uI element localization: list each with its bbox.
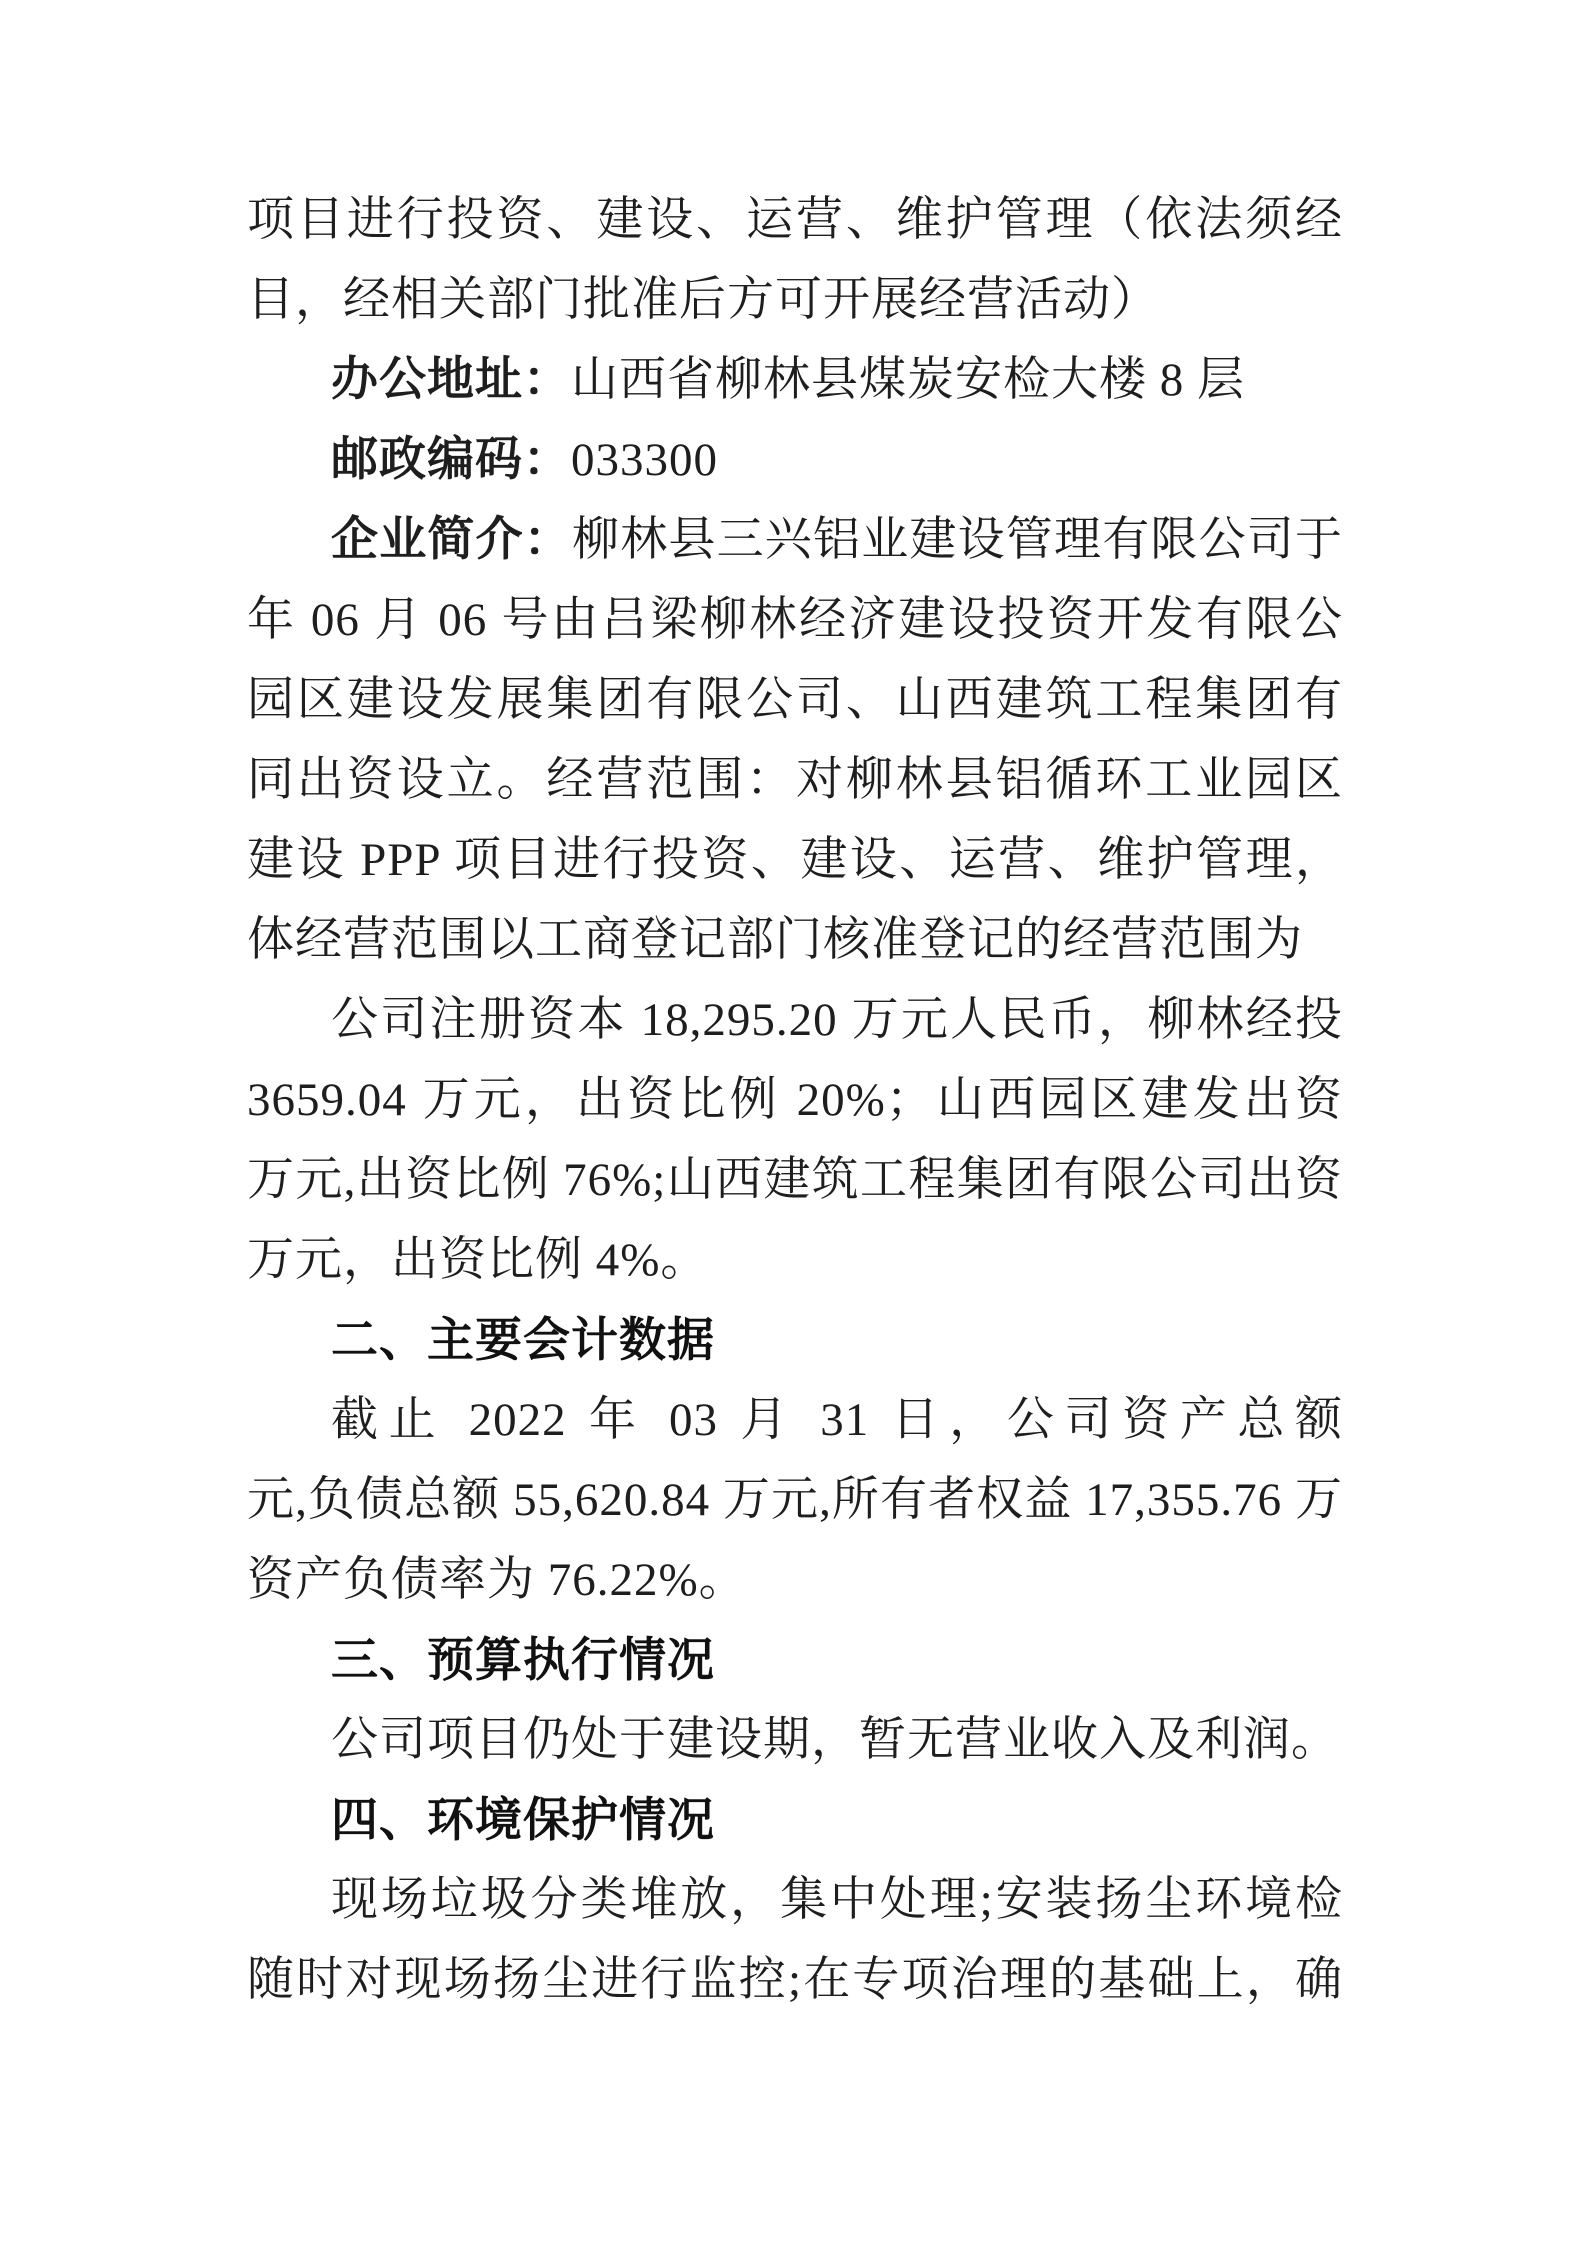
text-line: 建设 PPP 项目进行投资、建设、运营、维护管理，公司的具 xyxy=(247,820,1343,900)
field-value: 山西省柳林县煤炭安检大楼 8 层 xyxy=(571,354,1245,406)
field-label: 办公地址： xyxy=(331,354,571,406)
document-body: 项目进行投资、建设、运营、维护管理（依法须经批准的项目，经相关部门批准后方可开展… xyxy=(247,180,1343,2020)
text-line: 企业简介：柳林县三兴铝业建设管理有限公司于 2018 xyxy=(247,500,1343,580)
text-line: 同出资设立。经营范围：对柳林县铝循环工业园区基础设施 xyxy=(247,740,1343,820)
field-label: 邮政编码： xyxy=(331,434,571,486)
text-line: 元,负债总额 55,620.84 万元,所有者权益 17,355.76 万元, xyxy=(247,1460,1343,1540)
section-heading: 二、主要会计数据 xyxy=(247,1300,1343,1380)
text-line: 目，经相关部门批准后方可开展经营活动） xyxy=(247,260,1343,340)
field-value: 033300 xyxy=(571,434,718,486)
text-line: 项目进行投资、建设、运营、维护管理（依法须经批准的项 xyxy=(247,180,1343,260)
text-line: 万元，出资比例 4%。 xyxy=(247,1220,1343,1300)
text-line: 随时对现场扬尘进行监控;在专项治理的基础上，确保所有 xyxy=(247,1940,1343,2020)
text-line: 办公地址：山西省柳林县煤炭安检大楼 8 层 xyxy=(247,340,1343,420)
text-line: 万元,出资比例 76%;山西建筑工程集团有限公司出资 731.81 xyxy=(247,1140,1343,1220)
text-line: 公司注册资本 18,295.20 万元人民币，柳林经投出资 xyxy=(247,980,1343,1060)
text-line: 园区建设发展集团有限公司、山西建筑工程集团有限公司共 xyxy=(247,660,1343,740)
text-line: 公司项目仍处于建设期，暂无营业收入及利润。 xyxy=(247,1700,1343,1780)
text-line: 年 06 月 06 号由吕梁柳林经济建设投资开发有限公司与山西 xyxy=(247,580,1343,660)
text-line: 3659.04 万元，出资比例 20%；山西园区建发出资 13904.35 xyxy=(247,1060,1343,1140)
text-line: 截止 2022 年 03 月 31 日，公司资产总额 72,976.60 万 xyxy=(247,1380,1343,1460)
text-line: 体经营范围以工商登记部门核准登记的经营范围为准。 xyxy=(247,900,1343,980)
section-heading: 三、预算执行情况 xyxy=(247,1620,1343,1700)
section-heading: 四、环境保护情况 xyxy=(247,1780,1343,1860)
field-label: 企业简介： xyxy=(331,514,572,566)
text-line: 邮政编码：033300 xyxy=(247,420,1343,500)
text-line: 现场垃圾分类堆放，集中处理;安装扬尘环境检测系统， xyxy=(247,1860,1343,1940)
document-page: 项目进行投资、建设、运营、维护管理（依法须经批准的项目，经相关部门批准后方可开展… xyxy=(0,0,1587,2245)
text-line: 资产负债率为 76.22%。 xyxy=(247,1540,1343,1620)
